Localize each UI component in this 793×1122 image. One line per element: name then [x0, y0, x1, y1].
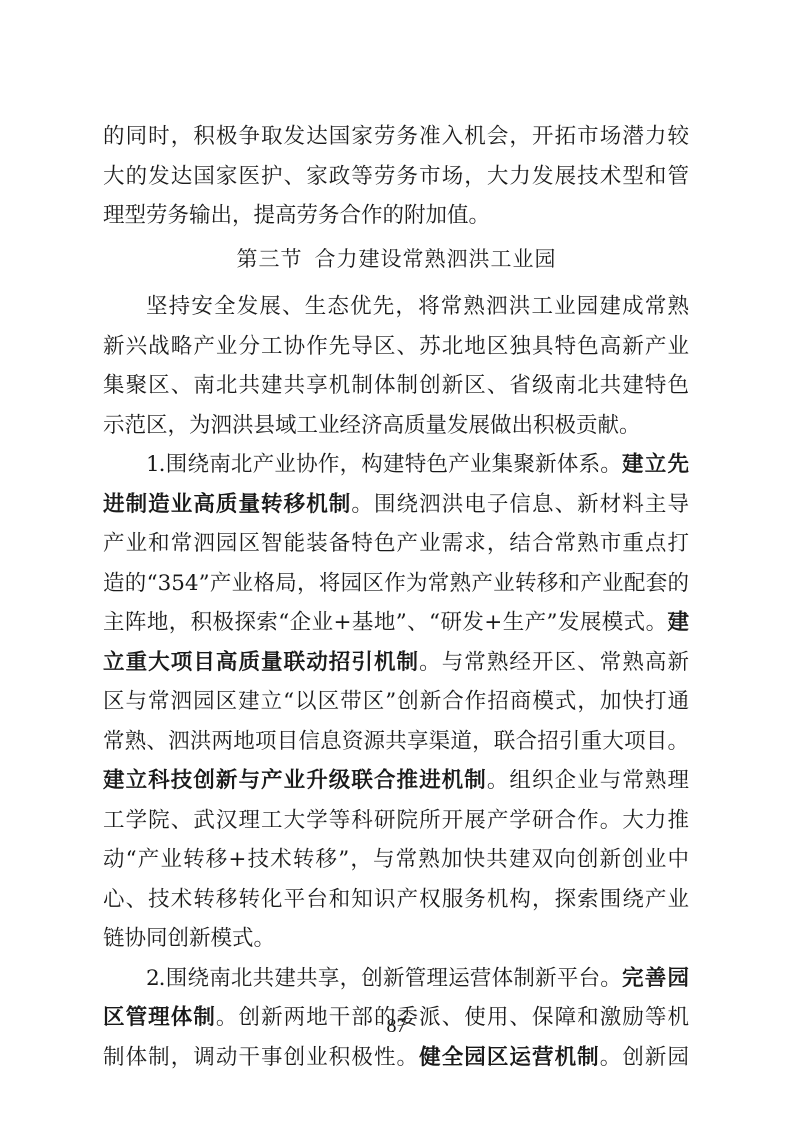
section-heading: 第三节合力建设常熟泗洪工业园: [0, 244, 793, 274]
text-line: 坚持安全发展、生态优先，将常熟泗洪工业园建成常熟: [146, 292, 689, 322]
bold-text: 进制造业高质量转移机制: [103, 492, 351, 517]
text-line: 工学院、武汉理工大学等科研院所开展产学研合作。大力推: [103, 806, 689, 836]
body-text: 。围绕泗洪电子信息、新材料主导: [351, 492, 689, 517]
bold-text: 建立先: [622, 452, 689, 477]
document-page: 第三节合力建设常熟泗洪工业园 的同时，积极争取发达国家劳务准入机会，开拓市场潜力…: [0, 0, 793, 1122]
text-line: 动“产业转移+技术转移”，与常熟加快共建双向创新创业中: [103, 845, 689, 875]
body-text: 常熟、泗洪两地项目信息资源共享渠道，联合招引重大项目。: [103, 729, 689, 754]
text-line: 大的发达国家医护、家政等劳务市场，大力发展技术型和管: [103, 162, 689, 192]
bold-text: 健全园区运营机制: [419, 1045, 600, 1070]
text-line: 建立科技创新与产业升级联合推进机制。组织企业与常熟理: [103, 766, 689, 796]
subheading-text: 2.围绕南北共建共享，创新管理运营体制新平台。: [146, 966, 622, 991]
text-line: 立重大项目高质量联动招引机制。与常熟经开区、常熟高新: [103, 648, 689, 678]
body-text: 心、技术转移转化平台和知识产权服务机构，探索围绕产业: [103, 887, 689, 912]
text-line: 常熟、泗洪两地项目信息资源共享渠道，联合招引重大项目。: [103, 727, 689, 757]
bold-text: 建立科技创新与产业升级联合推进机制: [103, 768, 487, 793]
text-line: 产业和常泗园区智能装备特色产业需求，结合常熟市重点打: [103, 529, 689, 559]
subheading-text: 1.围绕南北产业协作，构建特色产业集聚新体系。: [146, 452, 622, 477]
body-text: 示范区，为泗洪县域工业经济高质量发展做出积极贡献。: [103, 413, 641, 438]
section-number: 第三节: [237, 247, 303, 271]
body-text: 制体制，调动干事创业积极性。: [103, 1045, 419, 1070]
body-text: 坚持安全发展、生态优先，将常熟泗洪工业园建成常熟: [146, 294, 689, 319]
text-line: 主阵地，积极探索“企业+基地”、“研发+生产”发展模式。建: [103, 608, 689, 638]
text-line: 的同时，积极争取发达国家劳务准入机会，开拓市场潜力较: [103, 122, 689, 152]
section-title: 合力建设常熟泗洪工业园: [315, 247, 557, 271]
text-line: 2.围绕南北共建共享，创新管理运营体制新平台。完善园: [146, 964, 689, 994]
body-text: 的同时，积极争取发达国家劳务准入机会，开拓市场潜力较: [103, 124, 689, 149]
text-line: 新兴战略产业分工协作先导区、苏北地区独具特色高新产业: [103, 332, 689, 362]
body-text: 大的发达国家医护、家政等劳务市场，大力发展技术型和管: [103, 164, 689, 189]
body-text: 。组织企业与常熟理: [487, 768, 689, 793]
text-line: 制体制，调动干事创业积极性。健全园区运营机制。创新园: [103, 1043, 689, 1073]
bold-text: 完善园: [622, 966, 689, 991]
page-number: 87: [0, 1011, 793, 1041]
text-line: 心、技术转移转化平台和知识产权服务机构，探索围绕产业: [103, 885, 689, 915]
body-text: 链协同创新模式。: [103, 926, 275, 951]
text-line: 集聚区、南北共建共享机制体制创新区、省级南北共建特色: [103, 371, 689, 401]
text-line: 链协同创新模式。: [103, 924, 689, 954]
body-text: 动“产业转移+技术转移”，与常熟加快共建双向创新创业中: [103, 847, 689, 872]
text-line: 示范区，为泗洪县域工业经济高质量发展做出积极贡献。: [103, 411, 689, 441]
body-text: 。与常熟经开区、常熟高新: [419, 650, 689, 675]
body-text: 产业和常泗园区智能装备特色产业需求，结合常熟市重点打: [103, 531, 689, 556]
bold-text: 建: [667, 610, 689, 635]
body-text: 工学院、武汉理工大学等科研院所开展产学研合作。大力推: [103, 808, 689, 833]
bold-text: 立重大项目高质量联动招引机制: [103, 650, 419, 675]
text-line: 进制造业高质量转移机制。围绕泗洪电子信息、新材料主导: [103, 490, 689, 520]
body-text: 主阵地，积极探索“企业+基地”、“研发+生产”发展模式。: [103, 610, 667, 635]
text-line: 区与常泗园区建立“以区带区”创新合作招商模式，加快打通: [103, 687, 689, 717]
body-text: 造的“354”产业格局，将园区作为常熟产业转移和产业配套的: [103, 571, 689, 596]
body-text: 理型劳务输出，提高劳务合作的附加值。: [103, 203, 490, 228]
body-text: 区与常泗园区建立“以区带区”创新合作招商模式，加快打通: [103, 689, 689, 714]
body-text: 新兴战略产业分工协作先导区、苏北地区独具特色高新产业: [103, 334, 689, 359]
text-line: 1.围绕南北产业协作，构建特色产业集聚新体系。建立先: [146, 450, 689, 480]
body-text: 。创新园: [600, 1045, 689, 1070]
text-line: 理型劳务输出，提高劳务合作的附加值。: [103, 201, 689, 231]
text-line: 造的“354”产业格局，将园区作为常熟产业转移和产业配套的: [103, 569, 689, 599]
body-text: 集聚区、南北共建共享机制体制创新区、省级南北共建特色: [103, 373, 689, 398]
